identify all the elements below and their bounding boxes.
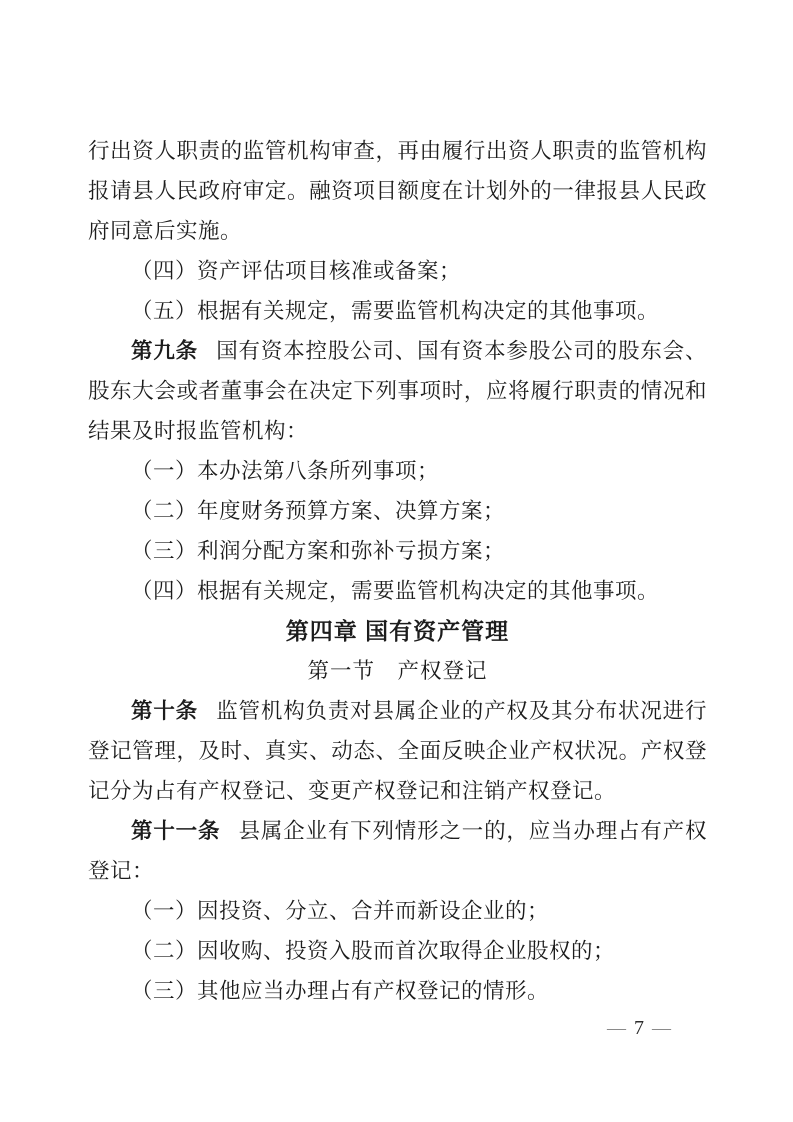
list-item: （二）年度财务预算方案、决算方案；: [88, 491, 707, 531]
list-item: （四）根据有关规定，需要监管机构决定的其他事项。: [88, 571, 707, 611]
document-page: 行出资人职责的监管机构审查，再由履行出资人职责的监管机构报请县人民政府审定。融资…: [0, 0, 793, 1122]
page-number: —7—: [607, 1016, 671, 1041]
list-item: （一）因投资、分立、合并而新设企业的；: [88, 891, 707, 931]
list-item: （四）资产评估项目核准或备案；: [88, 251, 707, 291]
article-paragraph: 第十一条县属企业有下列情形之一的，应当办理占有产权登记：: [88, 811, 707, 891]
article-number-label: 第九条: [131, 339, 198, 363]
page-number-dash-left: —: [607, 1018, 626, 1039]
paragraph-continuation: 行出资人职责的监管机构审查，再由履行出资人职责的监管机构报请县人民政府审定。融资…: [88, 131, 707, 251]
list-item: （二）因收购、投资入股而首次取得企业股权的；: [88, 931, 707, 971]
article-number-label: 第十一条: [131, 819, 220, 843]
document-body: 行出资人职责的监管机构审查，再由履行出资人职责的监管机构报请县人民政府审定。融资…: [88, 131, 707, 1011]
section-heading: 第一节 产权登记: [88, 651, 707, 691]
list-item: （三）利润分配方案和弥补亏损方案；: [88, 531, 707, 571]
article-paragraph: 第九条国有资本控股公司、国有资本参股公司的股东会、股东大会或者董事会在决定下列事…: [88, 331, 707, 451]
chapter-heading: 第四章 国有资产管理: [88, 611, 707, 651]
list-item: （三）其他应当办理占有产权登记的情形。: [88, 971, 707, 1011]
list-item: （五）根据有关规定，需要监管机构决定的其他事项。: [88, 291, 707, 331]
list-item: （一）本办法第八条所列事项；: [88, 451, 707, 491]
page-number-value: 7: [634, 1017, 644, 1039]
article-number-label: 第十条: [131, 699, 198, 723]
article-paragraph: 第十条监管机构负责对县属企业的产权及其分布状况进行登记管理，及时、真实、动态、全…: [88, 691, 707, 811]
page-number-dash-right: —: [652, 1018, 671, 1039]
